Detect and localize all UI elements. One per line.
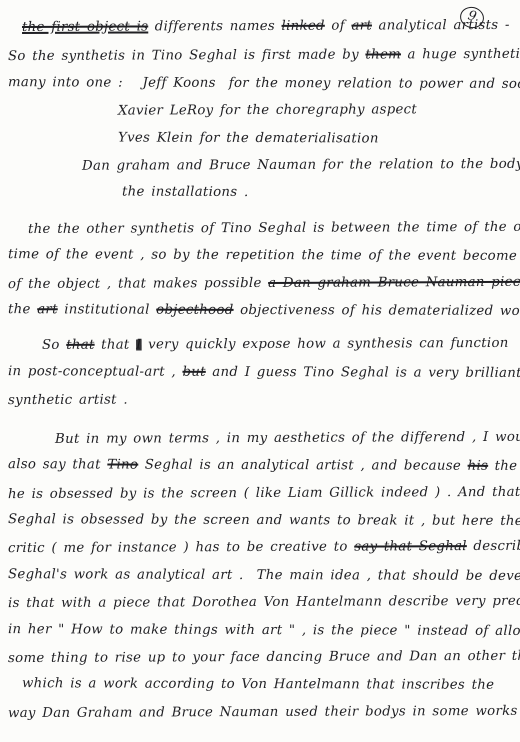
paragraph: But in my own terms , in my aesthetics o… xyxy=(0,425,510,726)
handwritten-line: time of the event , so by the repetition… xyxy=(0,241,510,270)
handwritten-text-segment: Dan graham and Bruce Nauman for the rela… xyxy=(82,157,520,174)
handwritten-text-segment: also say that xyxy=(8,457,107,472)
struck-out-text: but xyxy=(182,365,205,380)
handwritten-line: the installations . xyxy=(0,179,510,208)
handwritten-line: in her " How to make things with art " ,… xyxy=(0,616,510,645)
struck-out-text: them xyxy=(365,48,401,63)
handwritten-line: the first object is differents names lin… xyxy=(0,12,510,42)
handwritten-line: he is obsessed by is the screen ( like L… xyxy=(0,478,510,508)
handwritten-text-segment: which is a work according to Von Hantelm… xyxy=(22,677,494,694)
handwritten-line: Xavier LeRoy for the choregraphy aspect xyxy=(0,96,510,126)
handwritten-text-segment: synthetic artist . xyxy=(8,393,128,409)
handwritten-text-segment: Yves Klein for the dematerialisation xyxy=(118,130,379,146)
struck-out-text: say that Seghal xyxy=(354,539,467,554)
handwritten-line: many into one : Jeff Koons for the money… xyxy=(0,69,510,98)
paragraph: So the synthetis in Tino Seghal is first… xyxy=(0,42,510,206)
handwritten-text-segment: But in my own terms , in my aesthetics o… xyxy=(55,429,520,446)
paragraph: the the other synthetis of Tino Seghal i… xyxy=(0,215,510,325)
handwritten-text-body: the first object is differents names lin… xyxy=(0,13,510,726)
struck-underlined-text: the first object is xyxy=(22,19,148,35)
handwritten-line: Seghal's work as analytical art . The ma… xyxy=(0,561,510,590)
handwritten-text-segment: the xyxy=(8,302,37,317)
handwritten-text-segment: institutional xyxy=(58,302,157,317)
handwritten-text-segment: of the object , that makes possible xyxy=(8,276,268,292)
handwritten-text-segment: Seghal is obsessed by the screen and wan… xyxy=(8,512,520,529)
struck-out-text: objecthood xyxy=(156,303,233,318)
handwritten-text-segment: a huge synthetis of xyxy=(401,47,520,63)
struck-out-text: art xyxy=(37,302,58,317)
handwritten-line: way Dan Graham and Bruce Nauman used the… xyxy=(0,698,510,728)
handwritten-text-segment: in post-conceptual-art , xyxy=(8,364,183,380)
handwritten-text-segment: very quickly expose how a synthesis can … xyxy=(142,336,509,353)
struck-out-text: a Dan graham Bruce Nauman piece in xyxy=(268,274,520,290)
handwritten-text-segment: that xyxy=(95,338,137,353)
handwritten-text-segment: of xyxy=(325,19,352,34)
handwritten-line: the art institutional objecthood objecti… xyxy=(0,296,510,325)
handwritten-manuscript-page: 9 the first object is differents names l… xyxy=(0,0,520,742)
handwritten-text-segment: many into one : Jeff Koons for the money… xyxy=(8,75,520,92)
handwritten-line: the the other synthetis of Tino Seghal i… xyxy=(0,214,510,244)
handwritten-line: Seghal is obsessed by the screen and wan… xyxy=(0,506,510,535)
struck-out-text: art xyxy=(351,18,372,33)
handwritten-text-segment: the the other synthetis of Tino Seghal i… xyxy=(28,219,520,237)
handwritten-line: some thing to rise up to your face danci… xyxy=(0,643,510,673)
handwritten-line: Dan graham and Bruce Nauman for the rela… xyxy=(0,151,510,181)
handwritten-line: of the object , that makes possible a Da… xyxy=(0,269,510,299)
handwritten-text-segment: describe xyxy=(467,539,520,554)
handwritten-text-segment: way Dan Graham and Bruce Nauman used the… xyxy=(8,703,520,720)
paragraph: So that that I very quickly expose how a… xyxy=(0,331,510,413)
struck-out-text: linked xyxy=(282,19,325,34)
handwritten-line: So that that I very quickly expose how a… xyxy=(0,330,510,360)
handwritten-text-segment: Xavier LeRoy for the choregraphy aspect xyxy=(118,103,417,119)
handwritten-text-segment: some thing to rise up to your face danci… xyxy=(8,649,520,666)
paragraph: the first object is differents names lin… xyxy=(0,13,510,40)
handwritten-line: is that with a piece that Dorothea Von H… xyxy=(0,588,510,618)
handwritten-line: critic ( me for instance ) has to be cre… xyxy=(0,533,510,563)
struck-out-text: Tino xyxy=(107,458,138,473)
handwritten-text-segment: the installations . xyxy=(122,185,249,200)
handwritten-text-segment: he is obsessed by is the screen ( like L… xyxy=(8,484,520,501)
handwritten-text-segment: in her " How to make things with art " ,… xyxy=(8,622,520,639)
handwritten-text-segment: objectiveness of his dematerialized work… xyxy=(234,303,520,319)
struck-out-text: that xyxy=(66,338,94,353)
handwritten-text-segment: is that with a piece that Dorothea Von H… xyxy=(8,594,520,611)
handwritten-text-segment: time of the event , so by the repetition… xyxy=(8,247,520,264)
handwritten-line: Yves Klein for the dematerialisation xyxy=(0,124,510,153)
handwritten-text-segment: and I guess Tino Seghal is a very brilli… xyxy=(206,365,520,381)
struck-out-text: his xyxy=(468,459,489,474)
handwritten-line: So the synthetis in Tino Seghal is first… xyxy=(0,41,510,71)
handwritten-line: which is a work according to Von Hantelm… xyxy=(0,670,510,699)
handwritten-line: also say that Tino Seghal is an analytic… xyxy=(0,451,510,480)
handwritten-text-segment: differents names xyxy=(148,19,281,35)
handwritten-text-segment: the object xyxy=(488,459,520,474)
handwritten-text-segment: critic ( me for instance ) has to be cre… xyxy=(8,540,354,557)
handwritten-text-segment: So xyxy=(42,338,66,353)
handwritten-text-segment: So the synthetis in Tino Seghal is first… xyxy=(8,48,365,65)
handwritten-text-segment: analytical artists - xyxy=(372,18,510,34)
handwritten-line: synthetic artist . xyxy=(0,385,510,415)
handwritten-line: in post-conceptual-art , but and I guess… xyxy=(0,358,510,387)
handwritten-line: But in my own terms , in my aesthetics o… xyxy=(0,424,510,454)
handwritten-text-segment: Seghal is an analytical artist , and bec… xyxy=(138,458,467,474)
handwritten-text-segment: Seghal's work as analytical art . The ma… xyxy=(8,567,520,584)
